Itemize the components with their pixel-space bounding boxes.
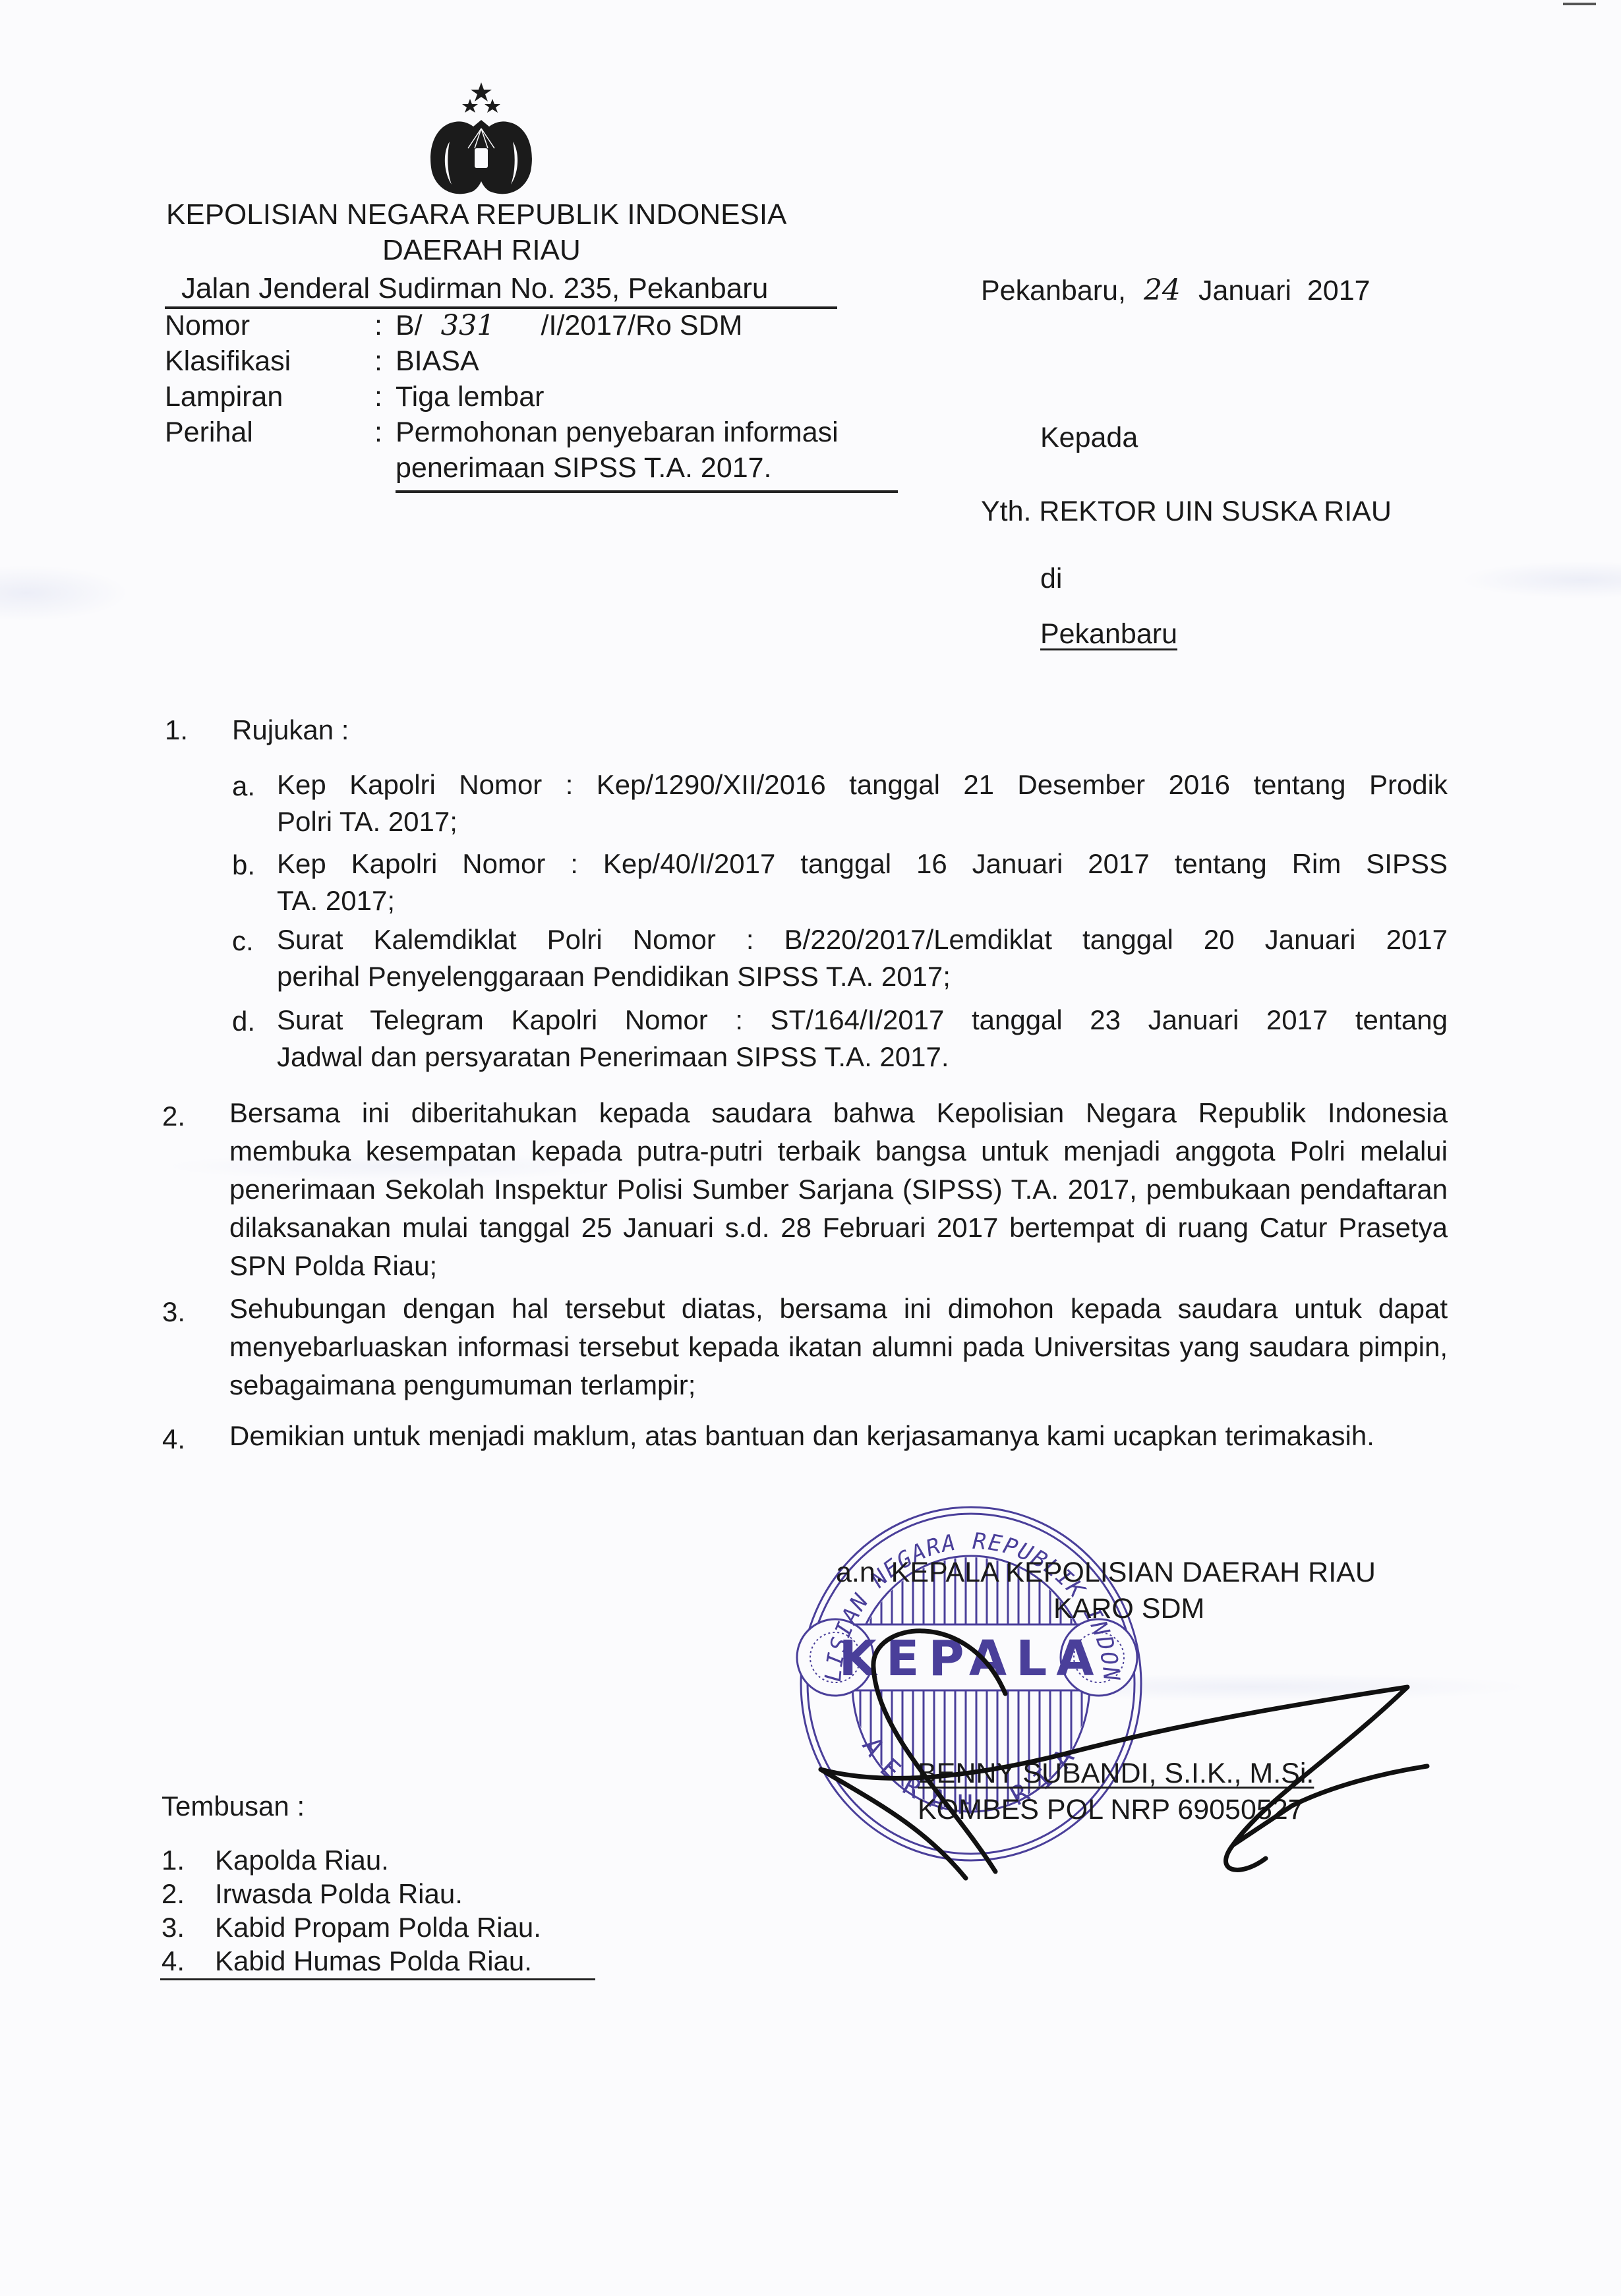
- meta-label-nomor: Nomor: [165, 308, 250, 344]
- cc-number: 3.: [162, 1910, 185, 1945]
- meta-colon: :: [374, 415, 382, 451]
- meta-label-klasifikasi: Klasifikasi: [165, 344, 291, 380]
- sub-letter: d.: [232, 1004, 255, 1039]
- recipient-di: di: [1040, 561, 1062, 597]
- tembusan-underline: [160, 1978, 595, 1980]
- sub-item-line: Polri TA. 2017;: [277, 801, 1448, 842]
- meta-label-perihal: Perihal: [165, 415, 253, 451]
- cc-number: 2.: [162, 1877, 185, 1912]
- meta-value-klasifikasi: BIASA: [396, 344, 479, 380]
- recipient-name: Yth. REKTOR UIN SUSKA RIAU: [981, 494, 1392, 530]
- dateline: Pekanbaru,24Januari 2017: [981, 272, 1370, 309]
- meta-label-lampiran: Lampiran: [165, 380, 283, 415]
- sub-item-line: Jadwal dan persyaratan Penerimaan SIPSS …: [277, 1037, 1448, 1077]
- date-month-year: Januari 2017: [1198, 275, 1370, 306]
- item-text: Bersama ini diberitahukan kepada saudara…: [229, 1094, 1448, 1285]
- sub-item: Surat Kalemdiklat Polri Nomor : B/220/20…: [277, 919, 1448, 997]
- meta-colon: :: [374, 308, 382, 344]
- sub-item-line: Surat Telegram Kapolri Nomor : ST/164/I/…: [277, 1000, 1448, 1041]
- meta-value-perihal-1: Permohonan penyebaran informasi: [396, 415, 839, 451]
- sub-item-line: perihal Penyelenggaraan Pendidikan SIPSS…: [277, 956, 1448, 997]
- nomor-prefix: B/: [396, 310, 423, 341]
- item-number: 3.: [162, 1295, 185, 1330]
- handwritten-signature: [804, 1582, 1463, 1885]
- cc-item: Irwasda Polda Riau.: [215, 1877, 463, 1912]
- org-address: Jalan Jenderal Sudirman No. 235, Pekanba…: [181, 270, 768, 306]
- date-day-handwritten: 24: [1126, 272, 1198, 308]
- cc-item: Kapolda Riau.: [215, 1843, 389, 1878]
- meta-colon: :: [374, 344, 382, 380]
- sub-item: Surat Telegram Kapolri Nomor : ST/164/I/…: [277, 1000, 1448, 1077]
- recipient-kepada: Kepada: [1040, 420, 1138, 456]
- item-text: Sehubungan dengan hal tersebut diatas, b…: [229, 1290, 1448, 1404]
- police-emblem-icon: [409, 79, 554, 204]
- sub-item-line: Kep Kapolri Nomor : Kep/1290/XII/2016 ta…: [277, 764, 1448, 805]
- sub-item: Kep Kapolri Nomor : Kep/40/I/2017 tangga…: [277, 844, 1448, 921]
- sub-letter: a.: [232, 769, 255, 804]
- sub-item-line: Kep Kapolri Nomor : Kep/40/I/2017 tangga…: [277, 844, 1448, 884]
- scan-mark: [1563, 3, 1596, 5]
- sub-item-line: TA. 2017;: [277, 880, 1448, 921]
- item-text: Rujukan :: [232, 713, 349, 748]
- nomor-handwritten: 331: [430, 308, 533, 344]
- sub-letter: b.: [232, 848, 255, 883]
- meta-value-lampiran: Tiga lembar: [396, 380, 544, 415]
- meta-value-nomor: B/ 331 /I/2017/Ro SDM: [396, 308, 742, 344]
- recipient-place: Pekanbaru: [1040, 617, 1177, 652]
- sub-item-line: Surat Kalemdiklat Polri Nomor : B/220/20…: [277, 919, 1448, 960]
- meta-colon: :: [374, 380, 382, 415]
- org-name: KEPOLISIAN NEGARA REPUBLIK INDONESIA: [166, 196, 786, 233]
- cc-item: Kabid Propam Polda Riau.: [215, 1910, 541, 1945]
- sub-item: Kep Kapolri Nomor : Kep/1290/XII/2016 ta…: [277, 764, 1448, 842]
- tembusan-title: Tembusan :: [162, 1789, 305, 1824]
- item-number: 4.: [162, 1422, 185, 1457]
- cc-number: 1.: [162, 1843, 185, 1878]
- sub-letter: c.: [232, 924, 254, 959]
- perihal-underline: [396, 490, 898, 493]
- item-number: 1.: [165, 713, 188, 748]
- item-text: Demikian untuk menjadi maklum, atas bant…: [229, 1417, 1448, 1455]
- cc-number: 4.: [162, 1944, 185, 1979]
- item-number: 2.: [162, 1099, 185, 1134]
- meta-value-perihal-2: penerimaan SIPSS T.A. 2017.: [396, 451, 772, 486]
- nomor-suffix: /I/2017/Ro SDM: [541, 310, 743, 341]
- org-region: DAERAH RIAU: [382, 232, 581, 268]
- cc-item: Kabid Humas Polda Riau.: [215, 1944, 532, 1979]
- date-place: Pekanbaru,: [981, 275, 1126, 306]
